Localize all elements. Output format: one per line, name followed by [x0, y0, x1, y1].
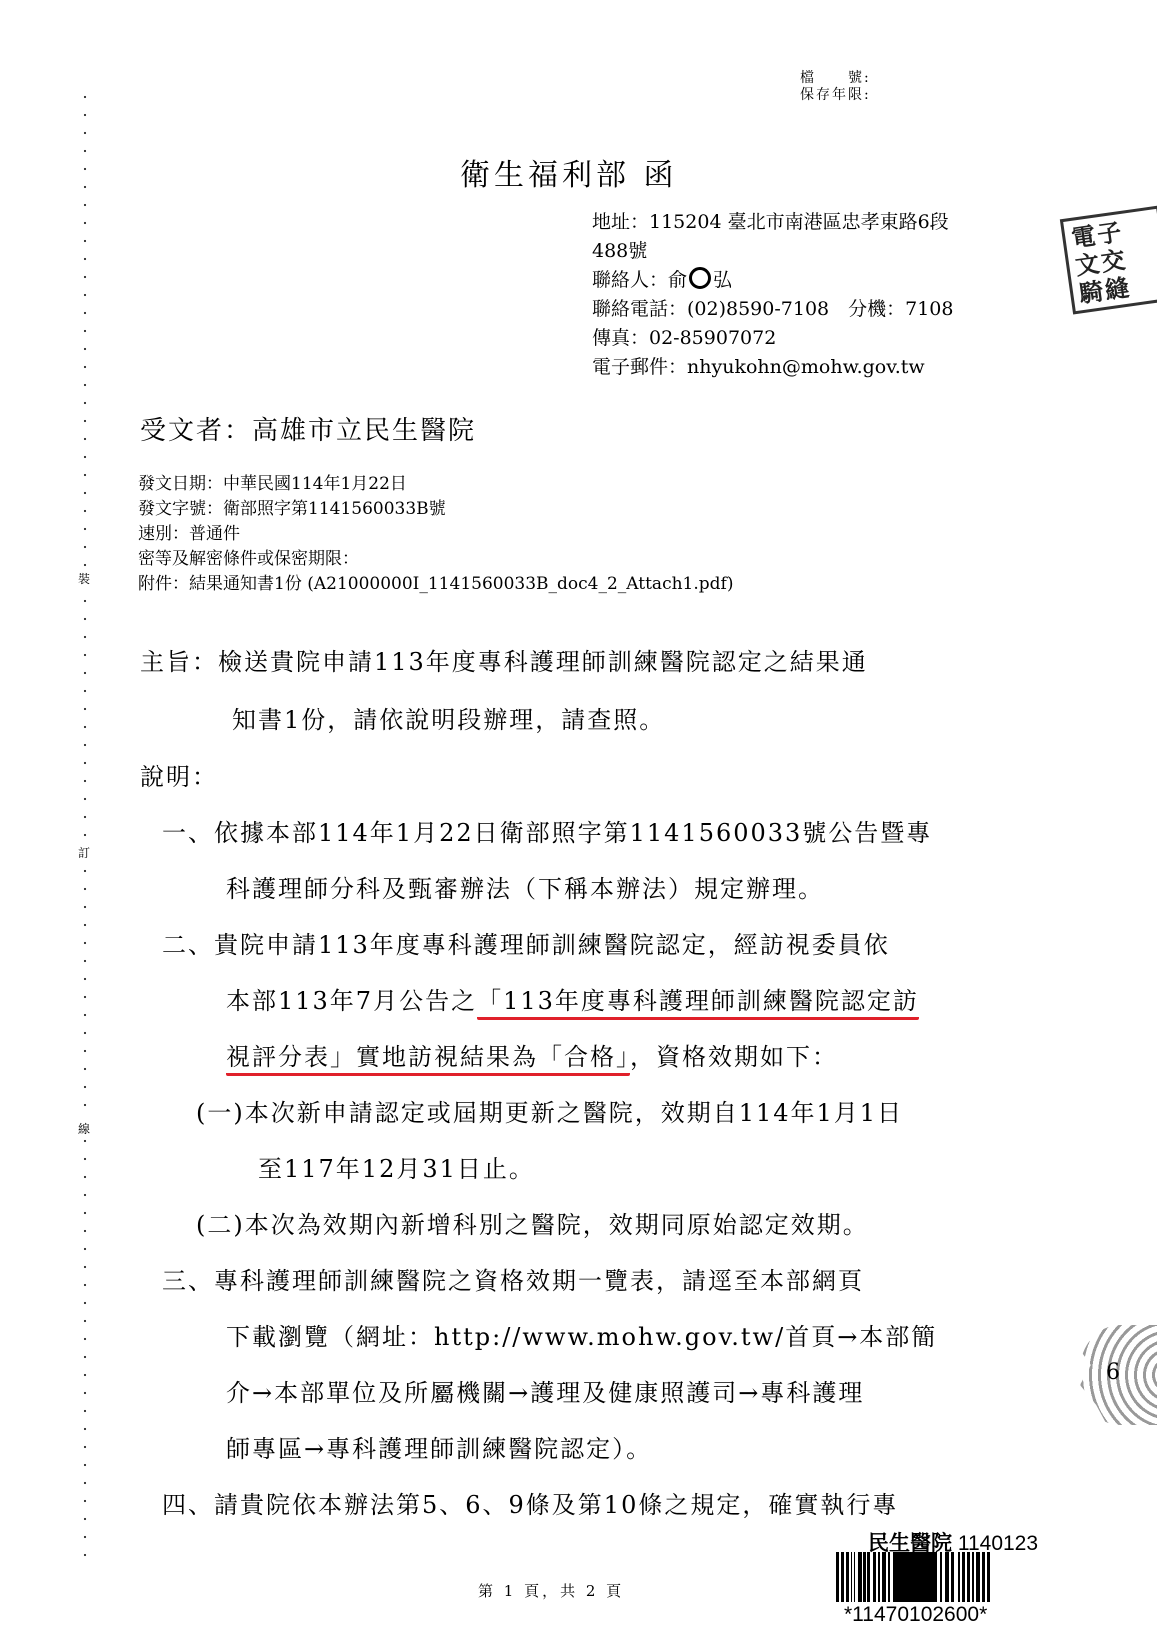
item-two-sub2: (二)本次為效期內新增科別之醫院，效期同原始認定效期。	[196, 1205, 869, 1240]
barcode-icon	[836, 1552, 1012, 1602]
item-three-line4: 師專區→專科護理師訓練醫院認定）。	[226, 1429, 652, 1464]
speed-class: 速別：普通件	[138, 522, 733, 547]
item-one-line2: 科護理師分科及甄審辦法（下稱本辦法）規定辦理。	[226, 869, 824, 904]
contact-phone: 聯絡電話：(02)8590-7108 分機：7108	[592, 295, 953, 324]
margin-label-ding: 訂	[78, 842, 90, 863]
explanation-label: 說明：	[140, 757, 218, 792]
recipient: 受文者：高雄市立民生醫院	[140, 410, 476, 447]
item-four-line1: 四、請貴院依本辦法第5、6、9條及第10條之規定，確實執行專	[162, 1485, 898, 1520]
document-meta: 發文日期：中華民國114年1月22日 發文字號：衛部照字第1141560033B…	[138, 472, 733, 597]
page-footer: 第 1 頁，共 2 頁	[478, 1580, 624, 1601]
contact-person: 聯絡人：俞弘	[592, 266, 953, 295]
document-number: 發文字號：衛部照字第1141560033B號	[138, 497, 733, 522]
margin-label-zhuang: 裝	[78, 568, 90, 589]
underlined-result: 視評分表」實地訪視結果為「合格」	[226, 1043, 630, 1076]
electronic-seal-stamp: 電子文交騎縫	[1060, 206, 1157, 315]
binding-margin-dots	[82, 88, 88, 1568]
contact-email: 電子郵件：nhyukohn@mohw.gov.tw	[592, 353, 953, 382]
redacted-circle-icon	[689, 267, 711, 289]
item-one-line1: 一、依據本部114年1月22日衛部照字第1141560033號公告暨專	[162, 813, 932, 848]
margin-label-xian: 線	[78, 1118, 90, 1139]
item-two-line3: 視評分表」實地訪視結果為「合格」，資格效期如下：	[226, 1037, 838, 1072]
item-three-line3: 介→本部單位及所屬機關→護理及健康照護司→專科護理	[226, 1373, 864, 1408]
item-two-line2: 本部113年7月公告之「113年度專科護理師訓練醫院認定訪	[226, 981, 919, 1016]
retention-label: 保存年限:	[800, 87, 871, 104]
contact-fax: 傳真：02-85907072	[592, 324, 953, 353]
file-number-label: 檔 號:	[800, 70, 871, 87]
item-three-line1: 三、專科護理師訓練醫院之資格效期一覽表，請逕至本部網頁	[162, 1261, 864, 1296]
issue-date: 發文日期：中華民國114年1月22日	[138, 472, 733, 497]
subject-line1: 主旨：檢送貴院申請113年度專科護理師訓練醫院認定之結果通	[140, 642, 868, 677]
barcode-number: *11470102600*	[844, 1603, 987, 1627]
item-two-sub1-line2: 至117年12月31日止。	[258, 1149, 535, 1184]
contact-block: 地址：115204 臺北市南港區忠孝東路6段 488號 聯絡人：俞弘 聯絡電話：…	[592, 208, 953, 382]
underlined-form-title: 「113年度專科護理師訓練醫院認定訪	[477, 987, 919, 1020]
item-three-line2: 下載瀏覽（網址：http://www.mohw.gov.tw/首頁→本部簡	[226, 1317, 937, 1352]
address-line1: 地址：115204 臺北市南港區忠孝東路6段	[592, 208, 953, 237]
seal-number: 6	[1106, 1360, 1120, 1385]
attachment: 附件：結果通知書1份 (A21000000I_1141560033B_doc4_…	[138, 572, 733, 597]
document-title: 衛生福利部 函	[460, 150, 678, 194]
subject-line2: 知書1份，請依說明段辦理，請查照。	[232, 700, 665, 735]
item-two-line1: 二、貴院申請113年度專科護理師訓練醫院認定，經訪視委員依	[162, 925, 890, 960]
address-line2: 488號	[592, 237, 953, 266]
item-two-sub1-line1: (一)本次新申請認定或屆期更新之醫院，效期自114年1月1日	[196, 1093, 903, 1128]
file-meta: 檔 號: 保存年限:	[800, 70, 871, 104]
secrecy: 密等及解密條件或保密期限：	[138, 547, 733, 572]
